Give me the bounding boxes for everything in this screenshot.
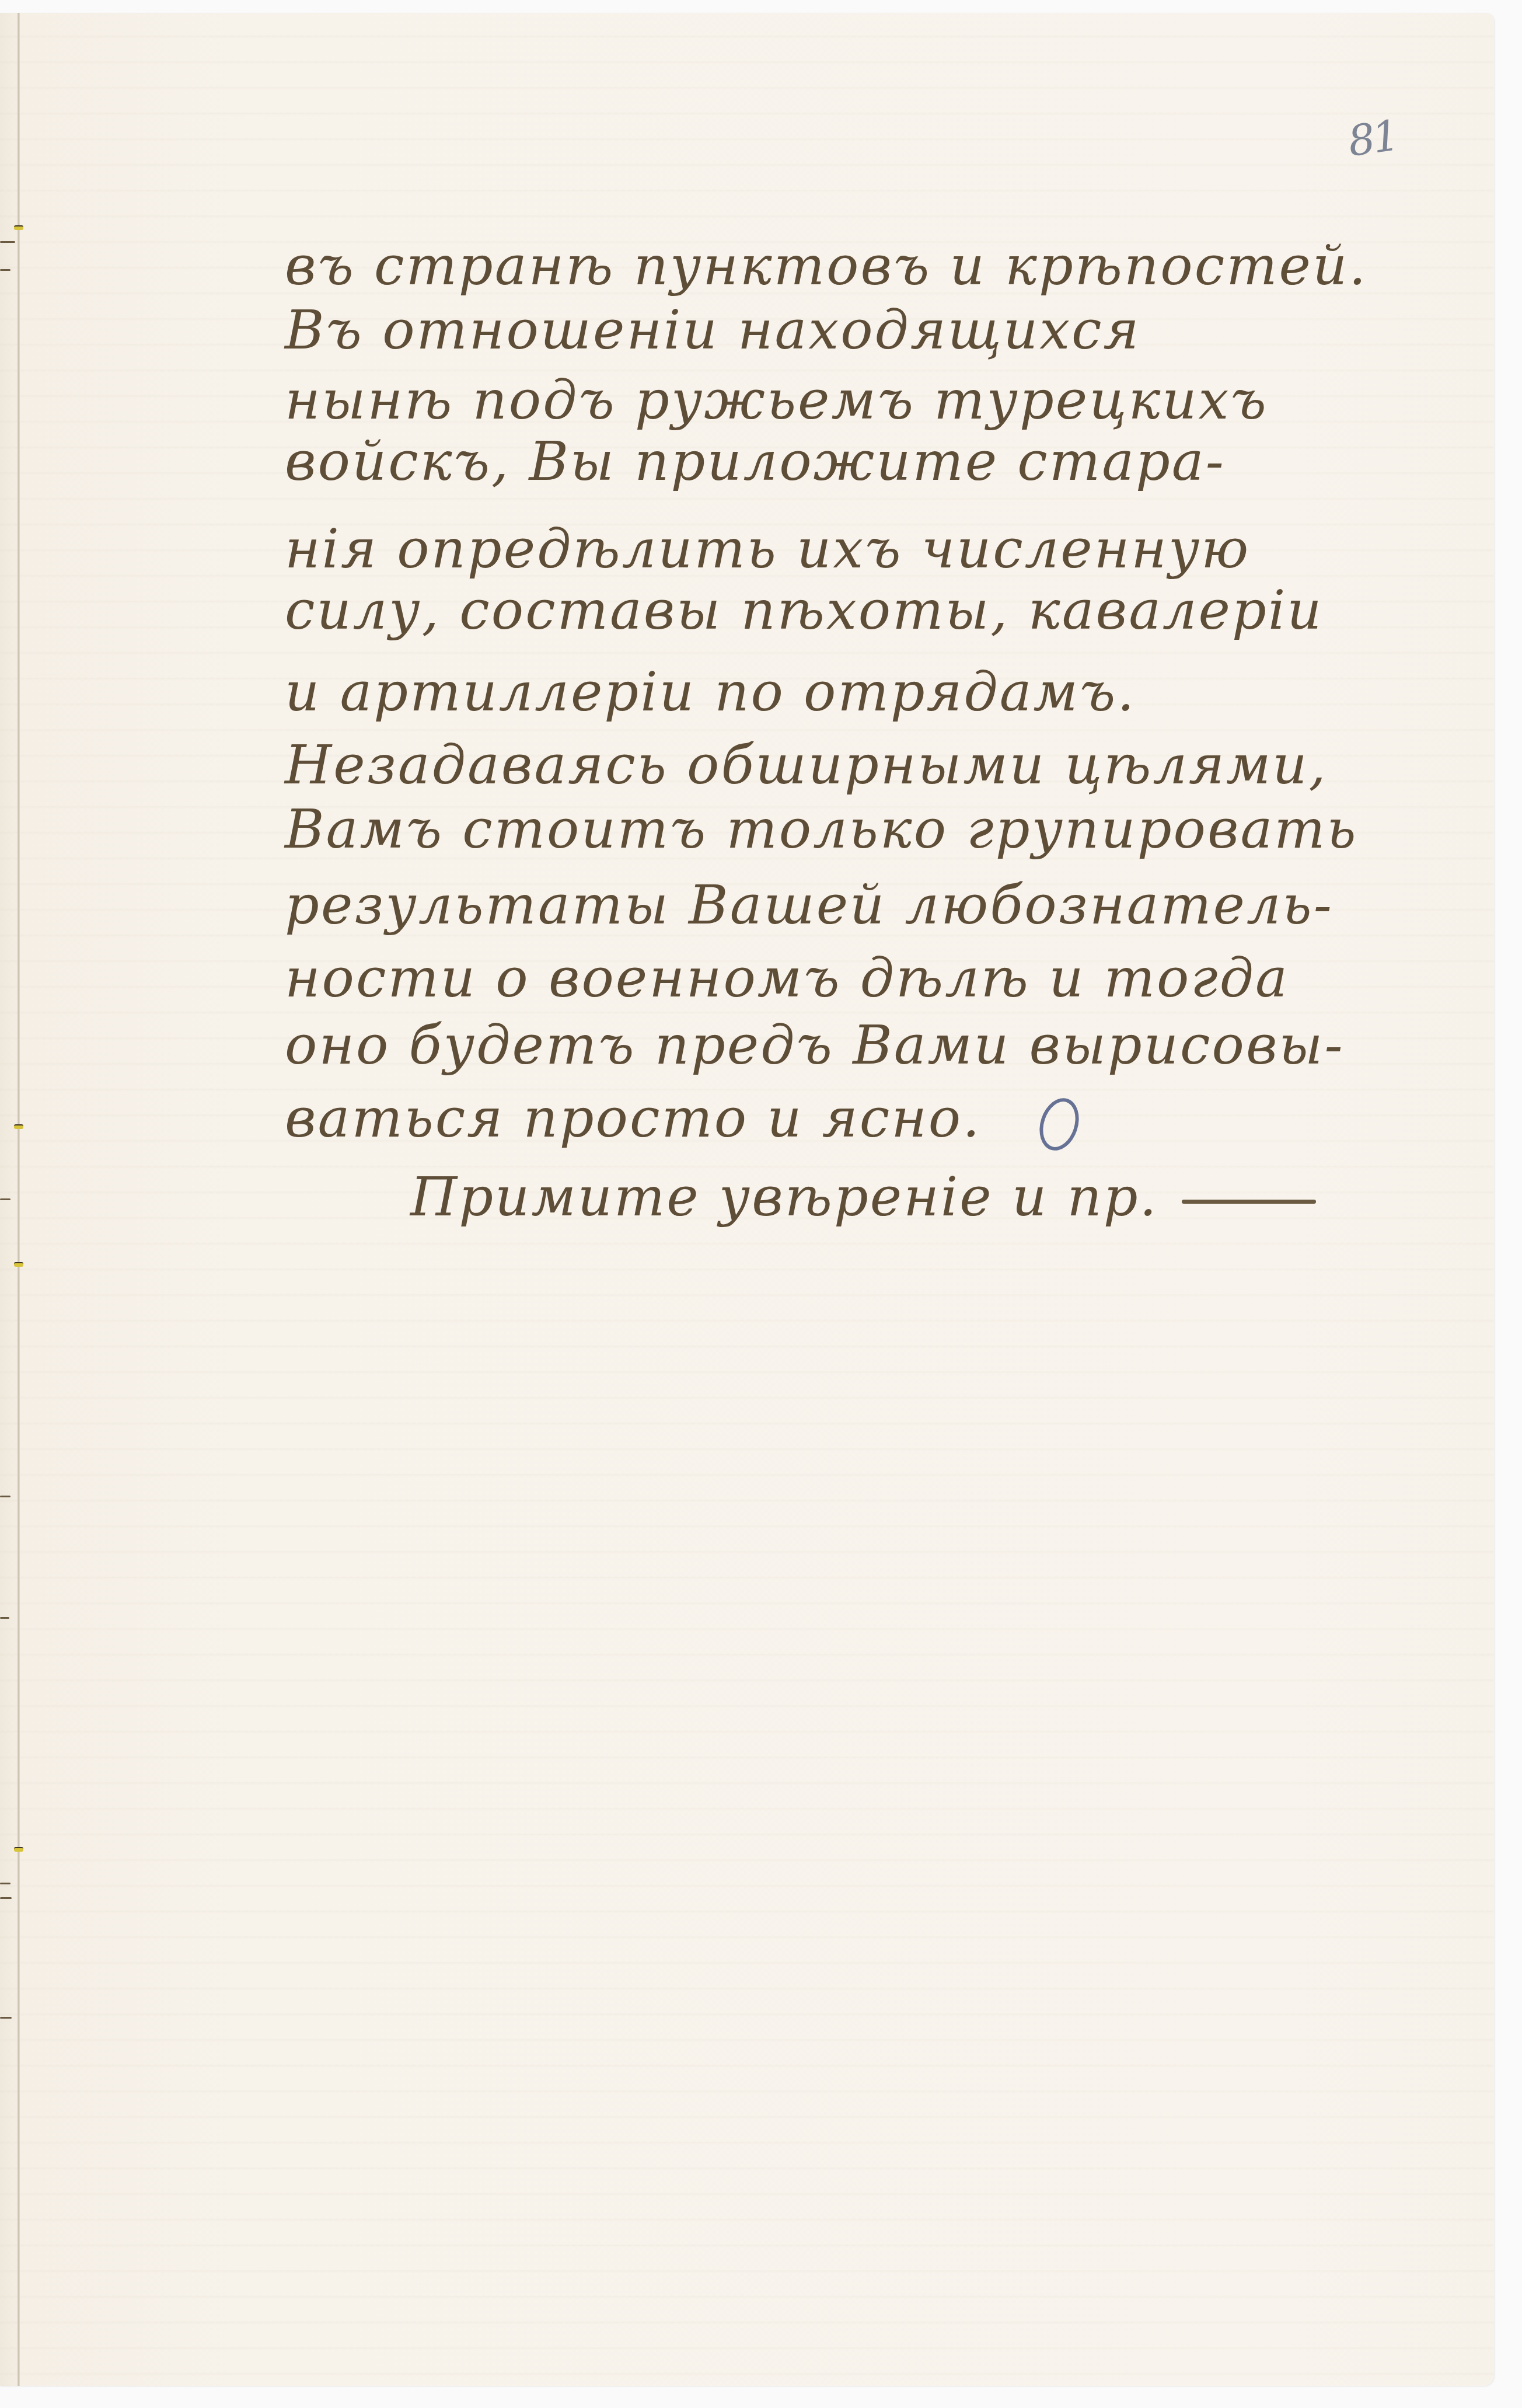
text-line: ности о военномъ дѣлѣ и тогда xyxy=(285,952,1289,1005)
text-line: въ странѣ пунктовъ и крѣпостей. xyxy=(285,239,1367,293)
text-line: нія опредѣлить ихъ численную xyxy=(285,522,1250,576)
margin-ink-mark xyxy=(0,1883,11,1884)
folio-number: 81 xyxy=(1345,111,1401,166)
binding-stitch xyxy=(14,1262,23,1267)
text-line: нынѣ подъ ружьемъ турецкихъ xyxy=(285,374,1268,427)
binding-stitch xyxy=(14,1124,23,1129)
closing-line: Примите увѣреніе и пр. xyxy=(410,1170,1316,1224)
text-line: силу, составы пѣхоты, кавалеріи xyxy=(285,584,1324,637)
closing-dash xyxy=(1182,1200,1316,1204)
text-line: Вамъ стоитъ только групировать xyxy=(285,803,1358,856)
text-line: результаты Вашей любознатель- xyxy=(285,879,1334,932)
margin-ink-mark xyxy=(0,1897,12,1899)
margin-ink-mark xyxy=(0,1496,11,1497)
margin-ink-mark xyxy=(0,1198,11,1200)
margin-ink-mark xyxy=(0,1617,9,1619)
margin-ink-mark xyxy=(0,2017,12,2019)
text-line: Въ отношеніи находящихся xyxy=(285,304,1141,357)
text-line: войскъ, Вы приложите стара- xyxy=(285,435,1226,489)
margin-ink-mark xyxy=(0,241,15,243)
text-line: и артиллеріи по отрядамъ. xyxy=(285,665,1136,719)
text-line: Незадаваясь обширными цѣлями, xyxy=(285,738,1328,792)
binding-stitch xyxy=(14,1847,23,1852)
margin-ink-mark xyxy=(0,269,11,271)
text-line: оно будетъ предъ Вами вырисовы- xyxy=(285,1019,1344,1072)
binding-fold xyxy=(18,13,20,2386)
text-line: ваться просто и ясно. xyxy=(285,1092,982,1145)
binding-stitch xyxy=(14,225,23,230)
closing-formula: Примите увѣреніе и пр. xyxy=(410,1166,1158,1228)
